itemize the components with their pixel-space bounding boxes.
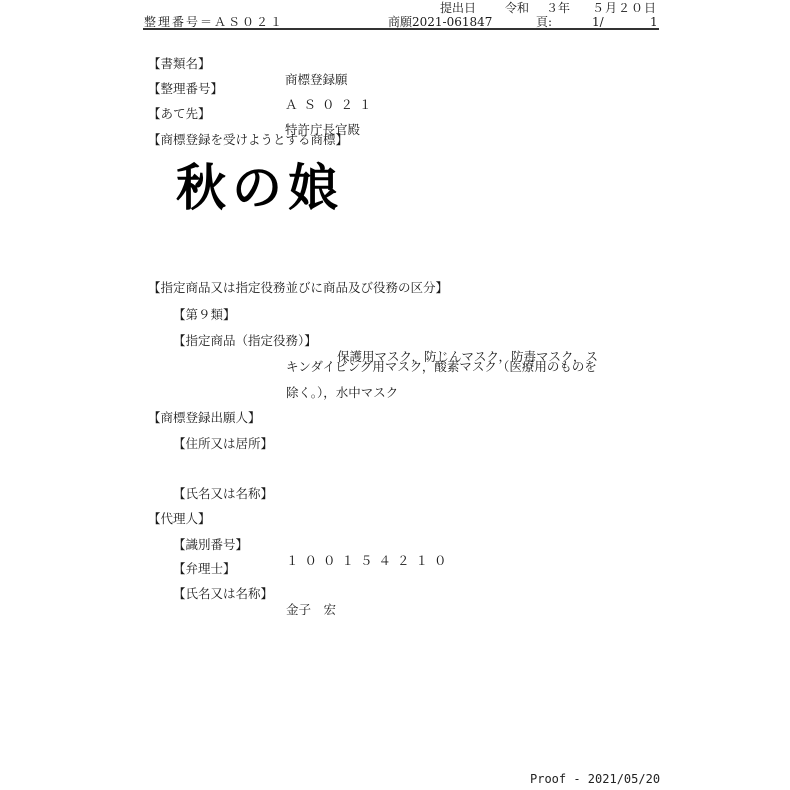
- field-label: 【あて先】: [148, 106, 211, 122]
- field-value: ＡＳ０２１: [285, 97, 378, 113]
- trademark-text: 秋の娘: [176, 158, 344, 218]
- field-label: 【整理番号】: [148, 81, 223, 97]
- agent-name: 【氏名又は名称】 金子 宏: [0, 570, 8, 618]
- field-label: 【商標登録を受けようとする商標】: [148, 132, 348, 148]
- header-rule: [143, 28, 659, 30]
- page-current: 1/: [592, 15, 604, 29]
- field-value: 商標登録願: [285, 72, 348, 88]
- designated-label: 【指定商品（指定役務）】: [173, 333, 317, 349]
- field-label: 【識別番号】: [173, 537, 248, 553]
- page-total: 1: [650, 15, 658, 29]
- class-label: 【第９類】: [173, 307, 236, 323]
- applicant-address: 【住所又は居所】: [0, 420, 8, 468]
- field-label: 【氏名又は名称】: [173, 586, 273, 602]
- field-label: 【氏名又は名称】: [173, 486, 273, 502]
- field-value: １００１５４２１０: [286, 553, 453, 569]
- section-heading: 【指定商品又は指定役務並びに商品及び役務の区分】: [148, 280, 448, 296]
- reference-number: 整理番号＝ＡＳ０２１: [144, 15, 284, 29]
- designated-text: 除く。），水中マスク: [286, 385, 398, 401]
- filing-era: 令和: [505, 1, 529, 15]
- field-value: 金子 宏: [286, 602, 336, 618]
- section-heading: 【商標登録出願人】: [148, 410, 261, 426]
- designated-text: キンダイビング用マスク，酸素マスク（医療用のものを: [286, 359, 597, 375]
- field-label: 【弁理士】: [173, 561, 236, 577]
- field-trademark-heading: 【商標登録を受けようとする商標】: [0, 116, 8, 148]
- field-label: 【書類名】: [148, 56, 211, 72]
- filing-date: ５月２０日: [592, 1, 657, 15]
- section-heading: 【代理人】: [148, 511, 211, 527]
- field-label: 【住所又は居所】: [173, 436, 273, 452]
- application-number: 商願2021-061847: [388, 15, 492, 29]
- page-label: 頁:: [536, 15, 552, 29]
- filing-year: ３年: [546, 1, 570, 15]
- proof-footer: Proof - 2021/05/20: [530, 772, 660, 786]
- filing-date-label: 提出日: [440, 1, 476, 15]
